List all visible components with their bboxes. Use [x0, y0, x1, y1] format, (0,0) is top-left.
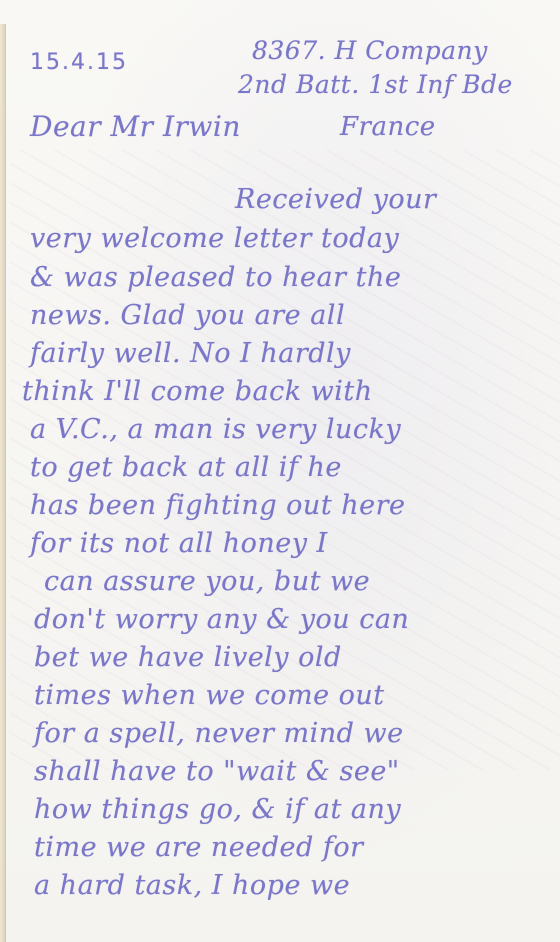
- paper-edge-line: [5, 24, 6, 942]
- body-line: has been fighting out here: [30, 490, 406, 521]
- body-line: how things go, & if at any: [34, 794, 401, 825]
- body-line: news. Glad you are all: [30, 300, 345, 331]
- body-line: Received your: [235, 184, 436, 215]
- body-line: fairly well. No I hardly: [30, 338, 351, 369]
- letter-page: 15.4.15 8367. H Company 2nd Batt. 1st In…: [0, 0, 560, 942]
- body-line: don't worry any & you can: [34, 604, 409, 635]
- body-line: & was pleased to hear the: [30, 262, 401, 293]
- letter-date: 15.4.15: [30, 50, 128, 75]
- body-line: times when we come out: [34, 680, 385, 711]
- body-line: can assure you, but we: [44, 566, 370, 597]
- body-line: for a spell, never mind we: [34, 718, 404, 749]
- body-line: very welcome letter today: [30, 223, 399, 254]
- body-line: shall have to "wait & see": [34, 756, 400, 787]
- body-line: bet we have lively old: [34, 642, 342, 673]
- body-line: think I'll come back with: [22, 376, 373, 407]
- body-line: time we are needed for: [34, 832, 364, 863]
- address-line-1: 8367. H Company: [252, 36, 488, 65]
- body-line: for its not all honey I: [30, 528, 328, 559]
- address-line-2: 2nd Batt. 1st Inf Bde: [238, 70, 513, 99]
- address-line-3: France: [340, 112, 436, 142]
- salutation: Dear Mr Irwin: [30, 110, 241, 143]
- body-line: to get back at all if he: [30, 452, 342, 483]
- body-line: a V.C., a man is very lucky: [30, 414, 401, 445]
- body-line: a hard task, I hope we: [34, 870, 350, 901]
